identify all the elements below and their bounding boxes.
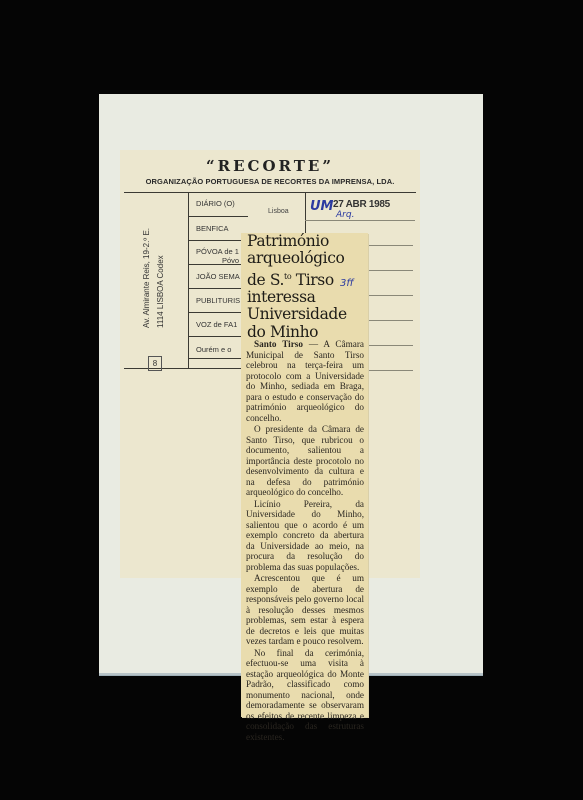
row-rule [188,336,243,337]
row-rule [305,220,415,221]
row-rule [368,295,413,296]
address-line-1: Av. Almirante Reis, 19-2.º E. [140,228,154,328]
paragraph-text: No final da cerimónia, efectuou-se uma v… [246,648,364,742]
headline-part: de S. [247,271,284,289]
address-line-2: 1114 LISBOA Codex [154,228,168,328]
address: Av. Almirante Reis, 19-2.º E. 1114 LISBO… [140,228,168,328]
paragraph-text: Licínio Pereira, da Universidade do Minh… [246,499,364,572]
paragraph-text: O presidente da Câmara de Santo Tirso, q… [246,424,364,497]
column-divider-right [305,192,306,234]
dateline: Santo Tirso [254,339,303,349]
newspaper-clipping: Património arqueológico de S.to Tirso in… [241,233,368,717]
article-body: Santo Tirso — A Câmara Municipal de Sant… [246,339,364,743]
newspaper-joao-semana: JOÃO SEMA [196,272,246,281]
page-number: 8 [148,356,162,371]
paragraph-text: Acrescentou que é um exemplo de abertura… [246,573,364,646]
rule-top [124,192,416,193]
slip-subtitle: ORGANIZAÇÃO PORTUGUESA DE RECORTES DA IM… [120,177,420,186]
stamp-date: 27 ABR 1985 [333,199,390,210]
headline-line: Património [247,233,367,250]
row-rule [188,358,243,359]
newspaper-diario: DIÁRIO (O) [196,199,246,208]
row-rule [188,216,248,217]
headline-part: Tirso [291,271,334,289]
newspaper-publituris: PUBLITURIS [196,296,246,305]
newspaper-benfica: BENFICA [196,224,246,233]
newspaper-city: Lisboa [268,208,289,215]
paragraph: Licínio Pereira, da Universidade do Minh… [246,499,364,573]
row-rule [188,288,243,289]
paragraph: Santo Tirso — A Câmara Municipal de Sant… [246,339,364,423]
headline-line: interessa [247,289,367,306]
row-rule [188,240,243,241]
paragraph-text: — A Câmara Municipal de Santo Tirso cele… [246,339,364,423]
newspaper-voz-de-fatima: VOZ de FA1 [196,320,246,329]
row-rule [368,345,413,346]
handwritten-note: Arq. [336,210,354,220]
row-rule [368,370,413,371]
headline-line: Universidade [247,306,367,323]
column-divider [188,192,189,368]
rule-bottom [124,368,246,369]
headline-line: arqueológico [247,250,367,267]
row-rule [368,245,413,246]
paragraph: No final da cerimónia, efectuou-se uma v… [246,648,364,743]
newspaper-ourem: Ourém e o [196,345,246,354]
row-rule [368,270,413,271]
slip-title: “RECORTE” [120,157,420,175]
paragraph: O presidente da Câmara de Santo Tirso, q… [246,424,364,498]
newspaper-povoa: PÓVOA de 1 [196,247,246,256]
row-rule [368,320,413,321]
paragraph: Acrescentou que é um exemplo de abertura… [246,573,364,647]
handwritten-ref: 3ff [340,278,354,289]
handwritten-code: UM [310,199,334,214]
row-rule [188,312,243,313]
